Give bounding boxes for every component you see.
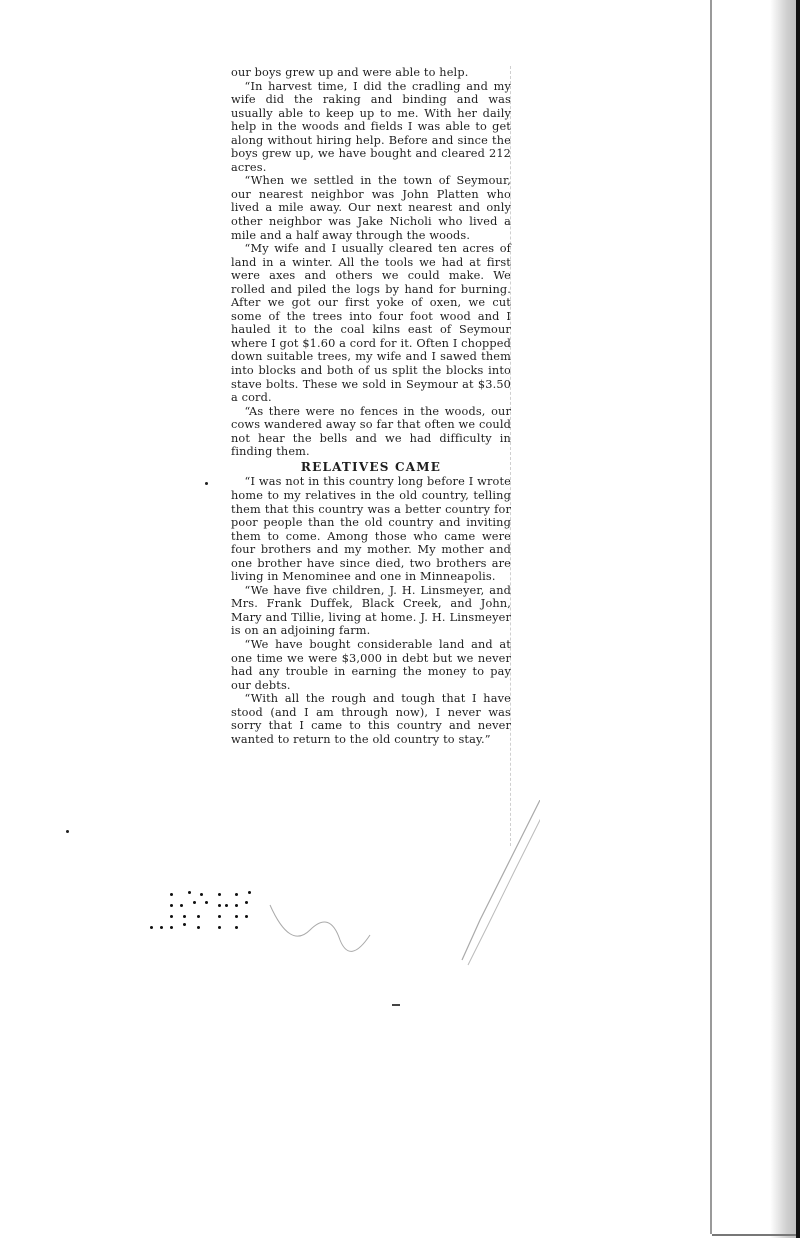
- perforation-dot: [245, 901, 248, 904]
- perforation-dot: [205, 901, 208, 904]
- page-edge-shadow: [770, 0, 798, 1238]
- perforation-dot: [197, 915, 200, 918]
- perforation-dot: [218, 926, 221, 929]
- paragraph: “In harvest time, I did the cradling and…: [231, 80, 511, 175]
- page-bottom-edge: [712, 1234, 796, 1236]
- perforation-dot: [235, 915, 238, 918]
- perforation-dot: [150, 926, 153, 929]
- paragraph: “When we settled in the town of Seymour,…: [231, 174, 511, 242]
- perforation-dot: [235, 904, 238, 907]
- section-headline: RELATIVES CAME: [231, 461, 511, 475]
- perforation-dot: [188, 891, 191, 894]
- perforation-dot: [183, 923, 186, 926]
- perforation-dot: [193, 901, 196, 904]
- perforation-dot: [245, 915, 248, 918]
- perforation-dot: [225, 904, 228, 907]
- paragraph: “I was not in this country long before I…: [231, 475, 511, 583]
- stray-mark: [205, 482, 208, 485]
- paragraph: “My wife and I usually cleared ten acres…: [231, 242, 511, 405]
- page-border: [796, 0, 800, 1238]
- perforation-dot: [235, 926, 238, 929]
- perforation-dot: [218, 915, 221, 918]
- perforation-dot: [218, 904, 221, 907]
- punch-dot-pattern: [145, 890, 255, 935]
- newspaper-clipping: our boys grew up and were able to help. …: [231, 66, 511, 746]
- perforation-dot: [183, 915, 186, 918]
- stray-mark: [392, 1004, 400, 1006]
- perforation-dot: [235, 893, 238, 896]
- perforation-dot: [170, 926, 173, 929]
- paragraph: our boys grew up and were able to help.: [231, 66, 511, 80]
- stray-mark: [66, 830, 69, 833]
- perforation-dot: [197, 926, 200, 929]
- pencil-scribble: [240, 800, 540, 970]
- perforation-dot: [248, 891, 251, 894]
- paragraph: “As there were no fences in the woods, o…: [231, 405, 511, 459]
- perforation-dot: [170, 904, 173, 907]
- paragraph: “We have bought considerable land and at…: [231, 638, 511, 692]
- perforation-dot: [170, 915, 173, 918]
- perforation-dot: [170, 893, 173, 896]
- perforation-dot: [218, 893, 221, 896]
- paragraph: “We have five children, J. H. Linsmeyer,…: [231, 584, 511, 638]
- perforation-dot: [160, 926, 163, 929]
- paragraph: “With all the rough and tough that I hav…: [231, 692, 511, 746]
- perforation-dot: [200, 893, 203, 896]
- perforation-dot: [180, 904, 183, 907]
- page-fold-line: [710, 0, 712, 1234]
